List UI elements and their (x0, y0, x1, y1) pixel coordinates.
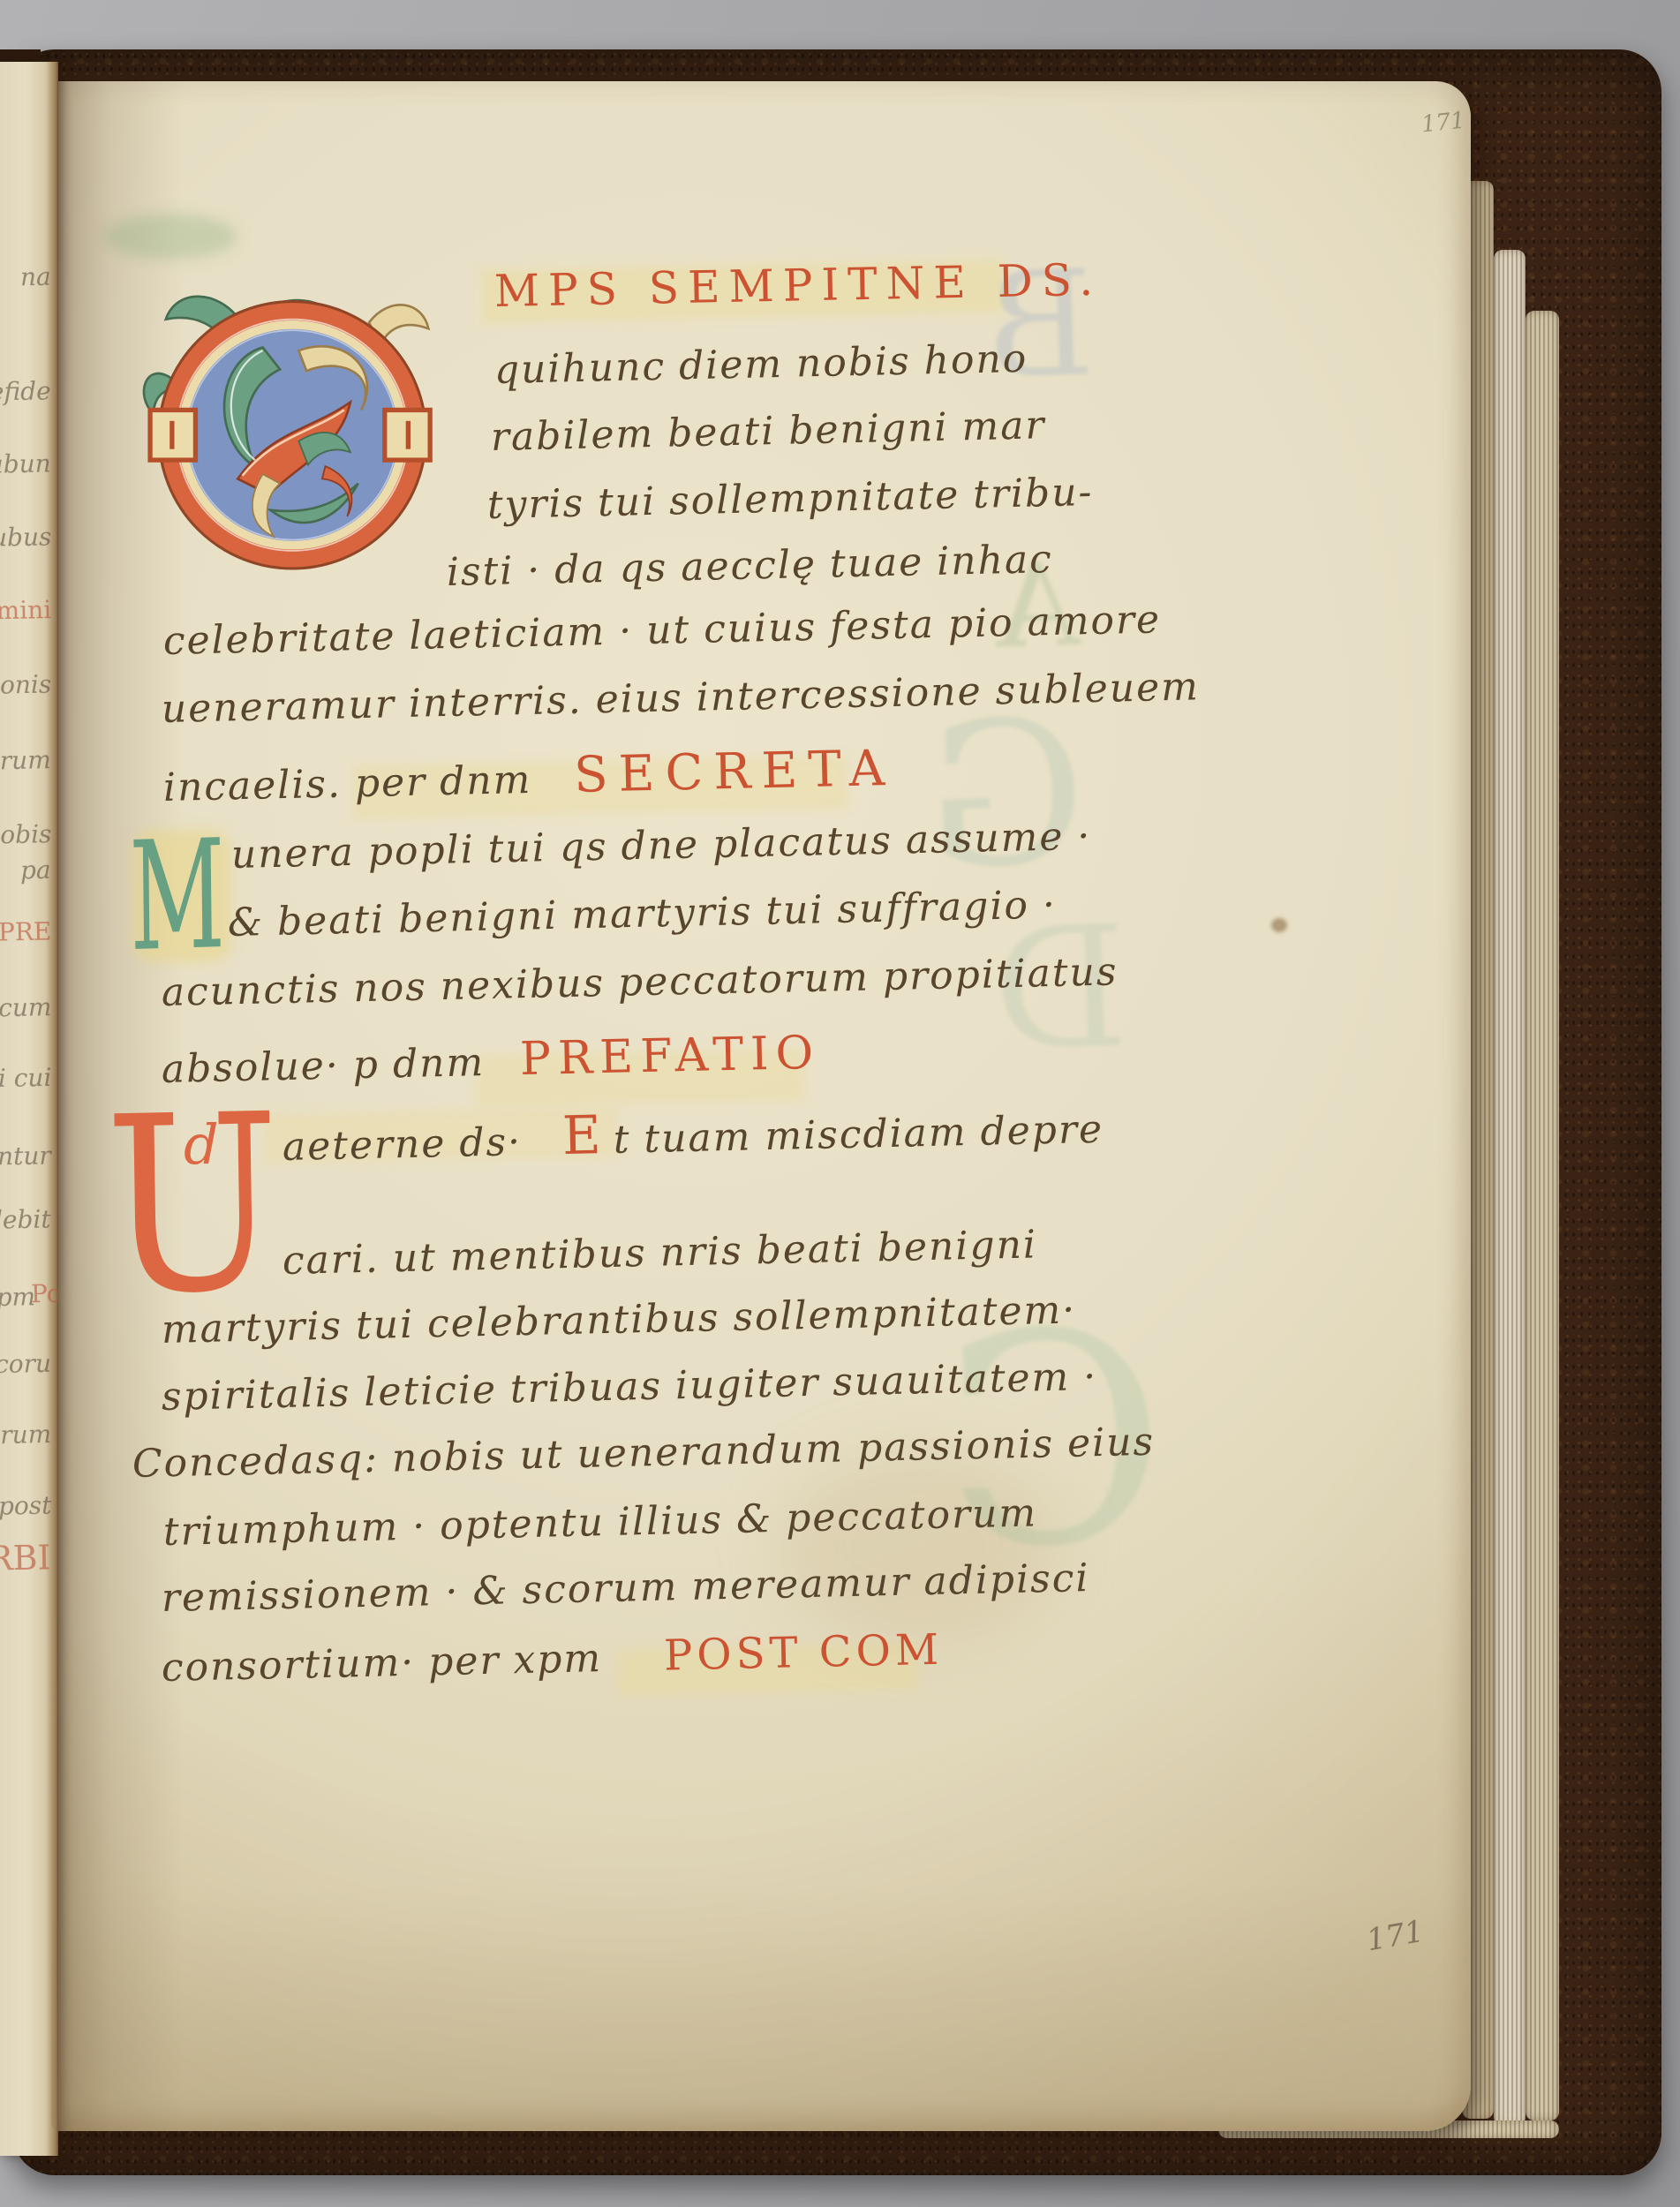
facing-page-text-fragment: onis (0, 672, 51, 697)
facing-page-text-fragment: ctorum (0, 748, 51, 774)
facing-page-text-fragment: s nobis (0, 822, 51, 848)
facing-page-text-fragment: na (20, 265, 51, 290)
facing-page-text-fragment: debit (0, 1207, 51, 1232)
illuminated-initial-o (109, 254, 438, 613)
line-text: aeterne ds· (282, 1119, 522, 1170)
line-text: incaelis. per dnm (162, 757, 531, 810)
facing-page-text-fragment: ut cum (0, 995, 51, 1021)
facing-page-text-fragment: untur (0, 1143, 51, 1169)
page-edges-stack (1526, 311, 1559, 2120)
rubric-heading: MPS SEMPITNE DS. (493, 258, 1102, 313)
facing-page-text-fragment: do mini (0, 598, 51, 624)
facing-page-text-fragment: pa (20, 858, 51, 884)
facing-page-text-fragment: Po (31, 1282, 58, 1307)
facing-page-text-fragment: PRE (0, 919, 51, 945)
facing-page-text-fragment: & eorum (0, 1422, 51, 1449)
facing-page-text-fragment: tum scoru (0, 1352, 51, 1378)
vd-monogram-d: d (184, 1118, 219, 1172)
folio-number-bottom: 171 (1365, 1917, 1427, 1956)
page-edges-stack (1494, 250, 1526, 2126)
rubric-post-com: POST COM (663, 1625, 943, 1681)
facing-page-text-fragment: abun (0, 451, 51, 477)
rubric-prefatio: PREFATIO (519, 1027, 820, 1086)
manuscript-photo: na defide abun ubus do mini onis ctorum … (0, 0, 1680, 2207)
facing-page-text-fragment: defide (0, 379, 51, 405)
folio-number-top: 171 (1420, 109, 1466, 136)
red-capital-e: E (561, 1104, 603, 1167)
facing-page-edge: na defide abun ubus do mini onis ctorum … (0, 62, 58, 2156)
rubric-secreta: SECRETA (574, 740, 896, 804)
facing-page-text-fragment: segni cui (0, 1066, 51, 1092)
initial-m: M (129, 820, 226, 973)
facing-page-text-fragment: post (0, 1493, 51, 1518)
facing-page-text-fragment: RBI (0, 1540, 51, 1575)
line-text: consortium· per xpm (161, 1636, 602, 1691)
line-text: t tuam miscdiam depre (613, 1107, 1104, 1163)
facing-page-text-fragment: ubus (0, 524, 51, 550)
